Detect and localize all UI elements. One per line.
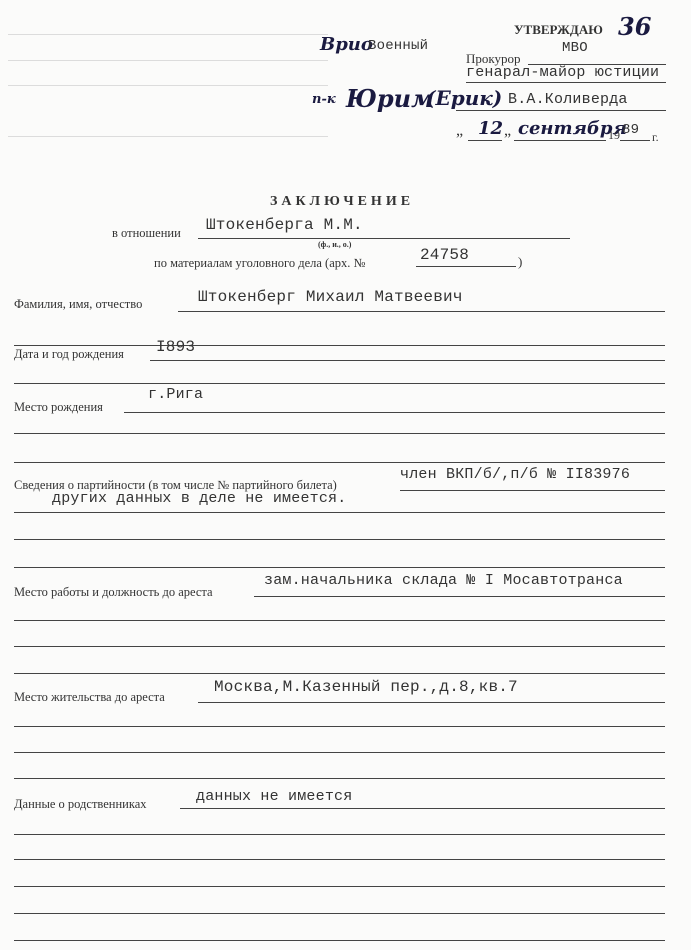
blank-line [14, 646, 665, 647]
blank-line [14, 512, 665, 513]
case-number-line [416, 266, 516, 267]
relatives-line [180, 808, 665, 809]
page-number-handwritten: 36 [618, 12, 651, 41]
signatory: В.А.Коливерда [508, 91, 628, 108]
workplace-label: Место работы и должность до ареста [14, 585, 213, 600]
date-day-line [468, 140, 502, 141]
party-value: член ВКП/б/,п/б № II83976 [400, 466, 630, 483]
date-month-line [514, 140, 606, 141]
party-value-line2: других данных в деле не имеется. [52, 490, 346, 507]
blank-line [14, 345, 665, 346]
workplace-value: зам.начальника склада № I Мосавтотранса [264, 572, 623, 589]
birth-date-line [150, 360, 665, 361]
date-year-unit: г. [652, 130, 659, 145]
birth-place-line [124, 412, 665, 413]
full-name-line [178, 311, 665, 312]
handwritten-signature-prefix: п-к [312, 92, 336, 107]
blank-line [14, 834, 665, 835]
regarding-value: Штокенберга М.М. [206, 216, 363, 234]
document-heading: ЗАКЛЮЧЕНИЕ [270, 194, 414, 210]
blank-line [14, 913, 665, 914]
birth-place-label: Место рождения [14, 400, 103, 415]
background-bleed-line [8, 85, 328, 86]
blank-line [14, 886, 665, 887]
date-quote-close: „ [504, 122, 511, 140]
party-line [400, 490, 665, 491]
background-bleed-line [8, 34, 328, 35]
full-name-value: Штокенберг Михаил Матвеевич [198, 288, 463, 306]
blank-line [14, 539, 665, 540]
blank-line [14, 726, 665, 727]
workplace-line [254, 596, 665, 597]
military-label: Военный [368, 38, 428, 54]
background-bleed-line [8, 60, 328, 61]
blank-line [14, 433, 665, 434]
regarding-line [198, 238, 570, 239]
approve-label: УТВЕРЖДАЮ [514, 22, 603, 38]
background-bleed-line [8, 136, 328, 137]
relatives-value: данных не имеется [196, 788, 352, 805]
handwritten-signature: Юрим [346, 84, 434, 113]
date-day: 12 [478, 118, 503, 139]
rank-line [466, 82, 666, 83]
handwritten-vrio: Врио [320, 34, 373, 55]
birth-date-value: I893 [156, 338, 195, 356]
blank-line [14, 752, 665, 753]
residence-line [198, 702, 665, 703]
residence-value: Москва,М.Казенный пер.,д.8,кв.7 [214, 678, 518, 696]
blank-line [14, 620, 665, 621]
regarding-hint: (ф., и., о.) [318, 240, 351, 249]
blank-line [14, 673, 665, 674]
blank-line [14, 383, 665, 384]
blank-line [14, 462, 665, 463]
relatives-label: Данные о родственниках [14, 797, 147, 812]
date-year-line [620, 140, 650, 141]
rank: генарал-майор юстиции [466, 64, 659, 81]
date-quote-open: „ [456, 122, 463, 140]
residence-label: Место жительства до ареста [14, 690, 165, 705]
blank-line [14, 567, 665, 568]
case-close: ) [518, 254, 522, 270]
blank-line [14, 859, 665, 860]
case-number: 24758 [420, 246, 469, 264]
blank-line [14, 778, 665, 779]
case-label: по материалам уголовного дела (арх. № [154, 256, 365, 271]
date-year-prefix: 19 [608, 128, 620, 143]
regarding-label: в отношении [112, 226, 181, 241]
signatory-line [456, 110, 666, 111]
district: МВО [562, 40, 588, 56]
blank-line [14, 940, 665, 941]
birth-place-value: г.Рига [148, 386, 203, 403]
date-year-suffix: 89 [622, 122, 639, 138]
birth-date-label: Дата и год рождения [14, 347, 124, 362]
handwritten-name: (Ерик) [426, 86, 502, 110]
full-name-label: Фамилия, имя, отчество [14, 297, 142, 312]
